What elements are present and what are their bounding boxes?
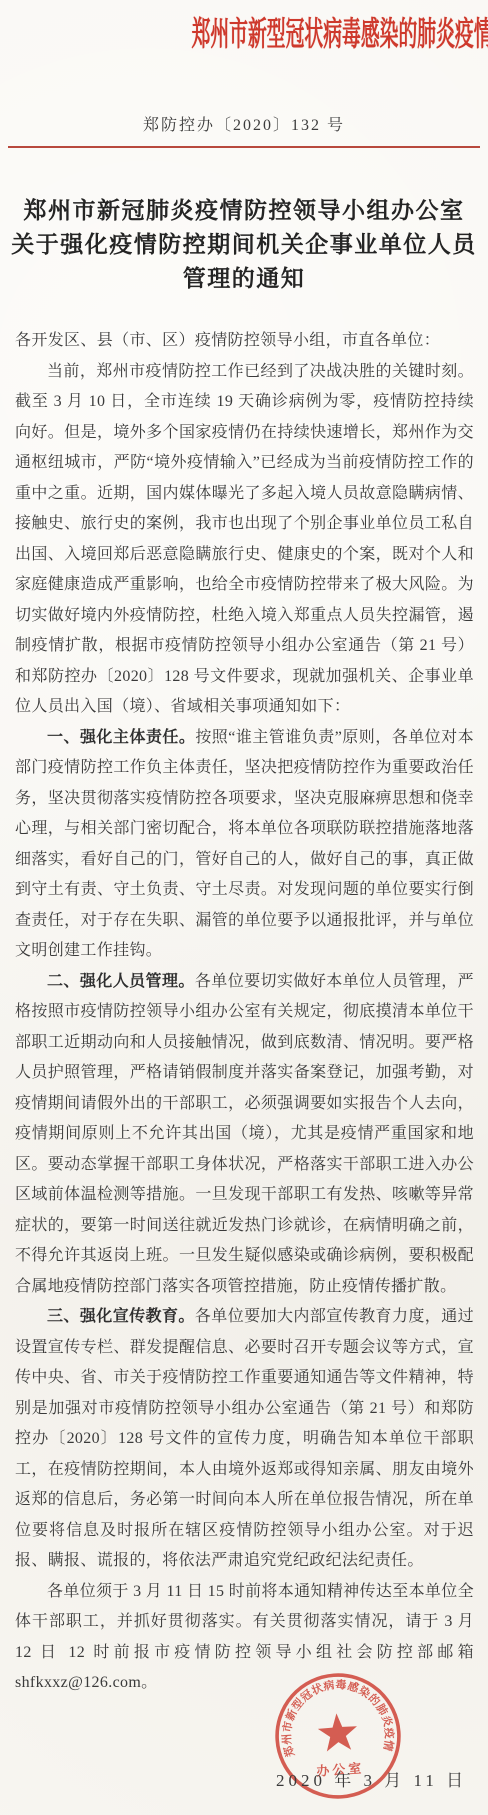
- notice-body: 各开发区、县（市、区）疫情防控领导小组，市直各单位： 当前，郑州市疫情防控工作已…: [15, 326, 474, 1699]
- notice-title: 郑州市新冠肺炎疫情防控领导小组办公室 关于强化疫情防控期间机关企事业单位人员 管…: [10, 194, 478, 296]
- document-page: 郑州市新型冠状病毒感染的肺炎疫情防控领导小组办公室文件 郑防控办〔2020〕13…: [0, 0, 488, 1815]
- star-icon: [317, 1712, 359, 1752]
- letterhead-banner-text: 郑州市新型冠状病毒感染的肺炎疫情防控领导小组办公室文件: [192, 8, 488, 55]
- notice-title-line-3: 管理的通知: [10, 262, 478, 296]
- svg-text:郑州市新型冠状病毒感染的肺炎疫情防控领导小组: 郑州市新型冠状病毒感染的肺炎疫情防控领导小组: [270, 1668, 398, 1762]
- body-paragraphs: 当前，郑州市疫情防控工作已经到了决战决胜的关键时刻。截至 3 月 10 日，全市…: [15, 357, 474, 1699]
- salutation: 各开发区、县（市、区）疫情防控领导小组，市直各单位：: [15, 326, 474, 357]
- issue-date: 2020 年 3 月 11 日: [276, 1766, 467, 1791]
- section-heading: 二、强化人员管理。: [47, 973, 195, 990]
- paragraph: 二、强化人员管理。各单位要切实做好本单位人员管理，严格按照市疫情防控领导小组办公…: [15, 967, 474, 1303]
- document-number: 郑防控办〔2020〕132 号: [0, 112, 488, 135]
- section-heading: 一、强化主体责任。: [47, 729, 195, 746]
- paragraph: 一、强化主体责任。按照“谁主管谁负责”原则，各单位对本部门疫情防控工作负主体责任…: [15, 723, 474, 967]
- notice-title-line-2: 关于强化疫情防控期间机关企事业单位人员: [10, 228, 478, 262]
- paragraph: 当前，郑州市疫情防控工作已经到了决战决胜的关键时刻。截至 3 月 10 日，全市…: [15, 357, 474, 723]
- seal-ring-text: 郑州市新型冠状病毒感染的肺炎疫情防控领导小组: [270, 1668, 398, 1762]
- letterhead-banner: 郑州市新型冠状病毒感染的肺炎疫情防控领导小组办公室文件: [0, 8, 488, 64]
- notice-title-line-1: 郑州市新冠肺炎疫情防控领导小组办公室: [10, 194, 478, 228]
- paragraph: 三、强化宣传教育。各单位要加大内部宣传教育力度，通过设置宣传专栏、群发提醒信息、…: [15, 1302, 474, 1577]
- section-heading: 三、强化宣传教育。: [47, 1308, 195, 1325]
- red-divider-line: [8, 146, 480, 148]
- paragraph: 各单位须于 3 月 11 日 15 时前将本通知精神传达至本单位全体干部职工，并…: [15, 1577, 474, 1699]
